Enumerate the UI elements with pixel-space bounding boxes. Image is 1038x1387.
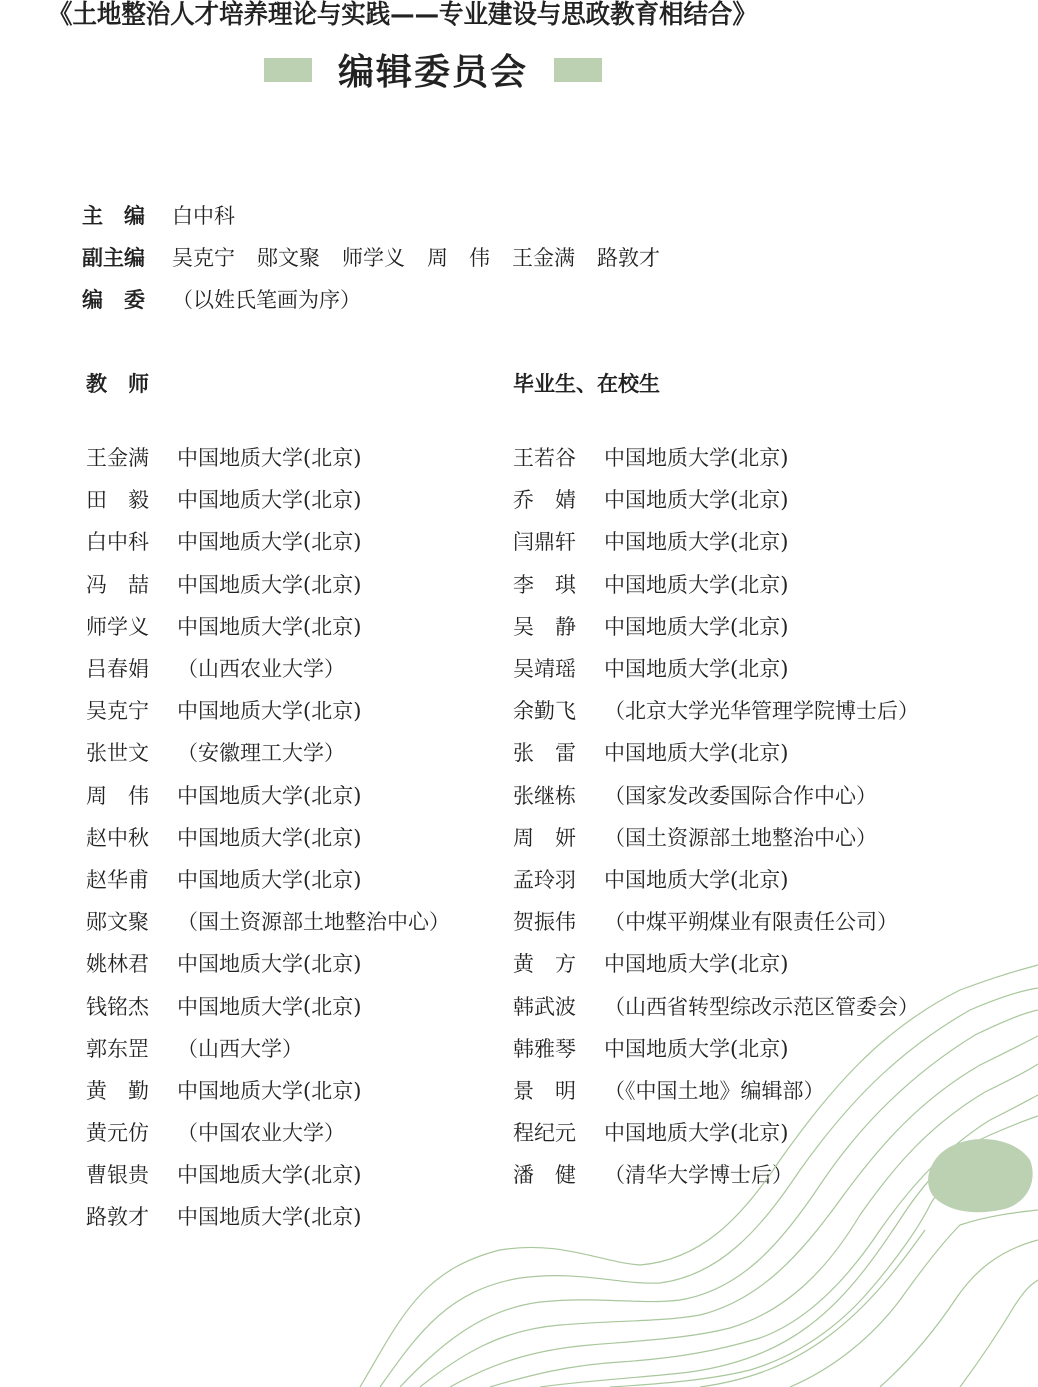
member-name: 余勤飞 (513, 695, 604, 725)
role-name: 师学义 (342, 242, 405, 272)
member-name: 王金满 (86, 442, 177, 472)
role-name: 吴克宁 (172, 242, 235, 272)
member-name: 钱铭杰 (86, 991, 177, 1021)
role-name: 王金满 (512, 242, 575, 272)
member-row: 白中科中国地质大学(北京) (86, 520, 450, 562)
member-row: 程纪元中国地质大学(北京) (513, 1111, 919, 1153)
member-name: 郧文聚 (86, 906, 177, 936)
member-name: 田 毅 (86, 484, 177, 514)
member-row: 吕春娟（山西农业大学） (86, 647, 450, 689)
member-name: 张世文 (86, 737, 177, 767)
member-row: 郭东罡（山西大学） (86, 1027, 450, 1069)
member-name: 乔 婧 (513, 484, 604, 514)
member-row: 黄元仿（中国农业大学） (86, 1111, 450, 1153)
member-row: 姚林君中国地质大学(北京) (86, 942, 450, 984)
member-affiliation: 中国地质大学(北京) (604, 948, 788, 978)
member-affiliation: 中国地质大学(北京) (177, 526, 361, 556)
role-label: 副主编 (82, 242, 172, 272)
member-name: 赵中秋 (86, 822, 177, 852)
member-affiliation: 中国地质大学(北京) (604, 864, 788, 894)
member-row: 张世文（安徽理工大学） (86, 731, 450, 773)
member-row: 钱铭杰中国地质大学(北京) (86, 984, 450, 1026)
member-affiliation: （山西省转型综改示范区管委会） (604, 991, 919, 1021)
member-name: 周 妍 (513, 822, 604, 852)
member-name: 贺振伟 (513, 906, 604, 936)
member-row: 乔 婧中国地质大学(北京) (513, 478, 919, 520)
committee-title: 编辑委员会 (338, 44, 528, 95)
book-title: 《土地整治人才培养理论与实践——专业建设与思政教育相结合》 (48, 0, 781, 31)
role-name: 白中科 (172, 200, 235, 230)
member-row: 田 毅中国地质大学(北京) (86, 478, 450, 520)
member-name: 张继栋 (513, 780, 604, 810)
member-affiliation: 中国地质大学(北京) (177, 1201, 361, 1231)
role-label: 主 编 (82, 200, 172, 230)
member-row: 赵中秋中国地质大学(北京) (86, 816, 450, 858)
member-affiliation: （国土资源部土地整治中心） (604, 822, 877, 852)
member-row: 郧文聚（国土资源部土地整治中心） (86, 900, 450, 942)
member-affiliation: 中国地质大学(北京) (177, 948, 361, 978)
member-name: 景 明 (513, 1075, 604, 1105)
member-name: 孟玲羽 (513, 864, 604, 894)
member-affiliation: 中国地质大学(北京) (177, 1075, 361, 1105)
committee-header: 编辑委员会 (264, 44, 602, 95)
member-affiliation: （中煤平朔煤业有限责任公司） (604, 906, 898, 936)
member-row: 赵华甫中国地质大学(北京) (86, 858, 450, 900)
member-name: 潘 健 (513, 1159, 604, 1189)
member-affiliation: （北京大学光华管理学院博士后） (604, 695, 919, 725)
member-row: 周 伟中国地质大学(北京) (86, 774, 450, 816)
member-name: 曹银贵 (86, 1159, 177, 1189)
member-row: 黄 方 中国地质大学(北京) (513, 942, 919, 984)
member-affiliation: 中国地质大学(北京) (604, 569, 788, 599)
member-row: 王若谷中国地质大学(北京) (513, 436, 919, 478)
member-row: 景 明（《中国土地》编辑部） (513, 1069, 919, 1111)
member-affiliation: 中国地质大学(北京) (177, 484, 361, 514)
member-row: 黄 勤中国地质大学(北京) (86, 1069, 450, 1111)
member-row: 曹银贵中国地质大学(北京) (86, 1153, 450, 1195)
member-affiliation: 中国地质大学(北京) (604, 526, 788, 556)
member-row: 李 琪中国地质大学(北京) (513, 563, 919, 605)
member-affiliation: （中国农业大学） (177, 1117, 345, 1147)
member-row: 潘 健（清华大学博士后） (513, 1153, 919, 1195)
role-note: （以姓氏笔画为序） (172, 284, 361, 314)
member-affiliation: 中国地质大学(北京) (177, 991, 361, 1021)
member-row: 吴靖瑶中国地质大学(北京) (513, 647, 919, 689)
students-list: 王若谷中国地质大学(北京)乔 婧中国地质大学(北京)闫鼎轩中国地质大学(北京)李… (513, 436, 919, 1195)
member-row: 吴 静中国地质大学(北京) (513, 605, 919, 647)
member-affiliation: （国家发改委国际合作中心） (604, 780, 877, 810)
member-affiliation: 中国地质大学(北京) (604, 1117, 788, 1147)
member-name: 周 伟 (86, 780, 177, 810)
member-affiliation: 中国地质大学(北京) (177, 1159, 361, 1189)
member-row: 师学义中国地质大学(北京) (86, 605, 450, 647)
member-affiliation: 中国地质大学(北京) (177, 822, 361, 852)
member-affiliation: 中国地质大学(北京) (604, 737, 788, 767)
teachers-heading: 教 师 (86, 368, 149, 398)
member-affiliation: （安徽理工大学） (177, 737, 345, 767)
member-row: 张 雷中国地质大学(北京) (513, 731, 919, 773)
member-row: 冯 喆中国地质大学(北京) (86, 563, 450, 605)
member-affiliation: （山西农业大学） (177, 653, 345, 683)
member-affiliation: 中国地质大学(北京) (604, 611, 788, 641)
member-name: 吕春娟 (86, 653, 177, 683)
member-name: 白中科 (86, 526, 177, 556)
member-name: 张 雷 (513, 737, 604, 767)
member-affiliation: 中国地质大学(北京) (177, 780, 361, 810)
member-row: 闫鼎轩中国地质大学(北京) (513, 520, 919, 562)
member-name: 韩雅琴 (513, 1033, 604, 1063)
member-name: 吴 静 (513, 611, 604, 641)
role-chief-editor: 主 编 白中科 (82, 200, 235, 230)
member-affiliation: 中国地质大学(北京) (177, 611, 361, 641)
member-name: 吴克宁 (86, 695, 177, 725)
member-name: 赵华甫 (86, 864, 177, 894)
member-affiliation: （《中国土地》编辑部） (604, 1075, 825, 1105)
member-name: 郭东罡 (86, 1033, 177, 1063)
member-affiliation: 中国地质大学(北京) (177, 864, 361, 894)
member-affiliation: 中国地质大学(北京) (604, 653, 788, 683)
member-affiliation: 中国地质大学(北京) (177, 695, 361, 725)
role-editorial-board: 编 委 （以姓氏笔画为序） (82, 284, 361, 314)
role-label: 编 委 (82, 284, 172, 314)
member-name: 师学义 (86, 611, 177, 641)
member-name: 程纪元 (513, 1117, 604, 1147)
member-row: 周 妍（国土资源部土地整治中心） (513, 816, 919, 858)
role-name: 郧文聚 (257, 242, 320, 272)
member-row: 余勤飞（北京大学光华管理学院博士后） (513, 689, 919, 731)
member-row: 王金满中国地质大学(北京) (86, 436, 450, 478)
member-name: 李 琪 (513, 569, 604, 599)
member-name: 韩武波 (513, 991, 604, 1021)
member-name: 姚林君 (86, 948, 177, 978)
member-name: 路敦才 (86, 1201, 177, 1231)
right-green-bar (554, 58, 602, 82)
member-affiliation: 中国地质大学(北京) (604, 442, 788, 472)
member-affiliation: （清华大学博士后） (604, 1159, 793, 1189)
member-row: 韩武波（山西省转型综改示范区管委会） (513, 984, 919, 1026)
students-heading: 毕业生、在校生 (513, 368, 660, 398)
member-affiliation: （山西大学） (177, 1033, 303, 1063)
member-name: 黄元仿 (86, 1117, 177, 1147)
member-affiliation: 中国地质大学(北京) (604, 1033, 788, 1063)
member-affiliation: 中国地质大学(北京) (177, 569, 361, 599)
member-row: 贺振伟（中煤平朔煤业有限责任公司） (513, 900, 919, 942)
role-name: 路敦才 (597, 242, 660, 272)
member-name: 吴靖瑶 (513, 653, 604, 683)
member-name: 黄 勤 (86, 1075, 177, 1105)
member-row: 韩雅琴中国地质大学(北京) (513, 1027, 919, 1069)
member-affiliation: 中国地质大学(北京) (604, 484, 788, 514)
teachers-list: 王金满中国地质大学(北京)田 毅中国地质大学(北京)白中科中国地质大学(北京)冯… (86, 436, 450, 1238)
role-deputy-editors: 副主编 吴克宁 郧文聚 师学义 周 伟 王金满 路敦才 (82, 242, 660, 272)
member-name: 黄 方 (513, 948, 604, 978)
role-name: 周 伟 (427, 242, 490, 272)
member-row: 吴克宁中国地质大学(北京) (86, 689, 450, 731)
member-row: 孟玲羽中国地质大学(北京) (513, 858, 919, 900)
member-name: 王若谷 (513, 442, 604, 472)
member-name: 闫鼎轩 (513, 526, 604, 556)
member-name: 冯 喆 (86, 569, 177, 599)
member-row: 路敦才中国地质大学(北京) (86, 1195, 450, 1237)
member-row: 张继栋（国家发改委国际合作中心） (513, 774, 919, 816)
member-affiliation: 中国地质大学(北京) (177, 442, 361, 472)
member-affiliation: （国土资源部土地整治中心） (177, 906, 450, 936)
left-green-bar (264, 58, 312, 82)
